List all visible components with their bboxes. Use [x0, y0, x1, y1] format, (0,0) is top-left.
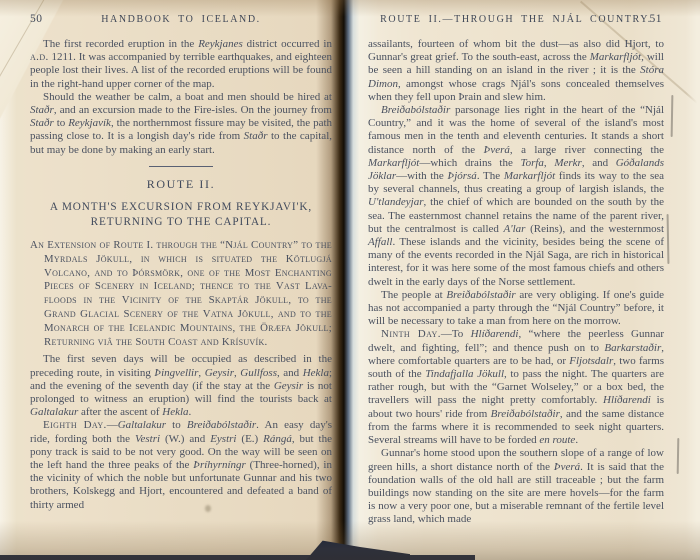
- left-page-body: The first recorded eruption in the Reykj…: [30, 38, 332, 512]
- left-page-header: 50 HANDBOOK TO ICELAND.: [30, 12, 332, 29]
- paragraph: Should the weather be calm, a boat and m…: [30, 91, 332, 157]
- paragraph: Eighth Day.—Galtalakur to Breiðabólstaði…: [30, 419, 332, 511]
- section-heading: ROUTE II.: [30, 178, 332, 191]
- paragraph: The first seven days will be occupied as…: [30, 353, 332, 419]
- right-page-body: assailants, fourteen of whom bit the dus…: [368, 38, 664, 527]
- paragraph: Breiðabólstaðir parsonage lies right in …: [368, 104, 664, 289]
- paragraph: Ninth Day.—To Hlíðarendi, “where the pee…: [368, 328, 664, 447]
- section-divider: [149, 166, 213, 167]
- paragraph: The people at Breiðabólstaðir are very o…: [368, 289, 664, 329]
- section-argument: An Extension of Route I. through the “Nj…: [30, 239, 332, 349]
- paragraph: assailants, fourteen of whom bit the dus…: [368, 38, 664, 104]
- running-header-right: ROUTE II.—THROUGH THE NJÁL COUNTRY.: [368, 12, 664, 25]
- page-right: ROUTE II.—THROUGH THE NJÁL COUNTRY. 51 a…: [368, 12, 664, 557]
- page-number-left: 50: [30, 13, 43, 25]
- section-subheading: A MONTH'S EXCURSION FROM REYKJAVI'K,RETU…: [30, 200, 332, 230]
- book-spread-scan: 50 HANDBOOK TO ICELAND. The first record…: [0, 0, 700, 560]
- paragraph: Gunnar's home stood upon the southern sl…: [368, 447, 664, 526]
- running-header-left: HANDBOOK TO ICELAND.: [30, 12, 332, 25]
- paragraph: The first recorded eruption in the Reykj…: [30, 38, 332, 91]
- page-number-right: 51: [650, 13, 663, 25]
- page-left: 50 HANDBOOK TO ICELAND. The first record…: [30, 12, 332, 557]
- right-page-header: ROUTE II.—THROUGH THE NJÁL COUNTRY. 51: [368, 12, 664, 29]
- page-edge-right: [686, 0, 700, 560]
